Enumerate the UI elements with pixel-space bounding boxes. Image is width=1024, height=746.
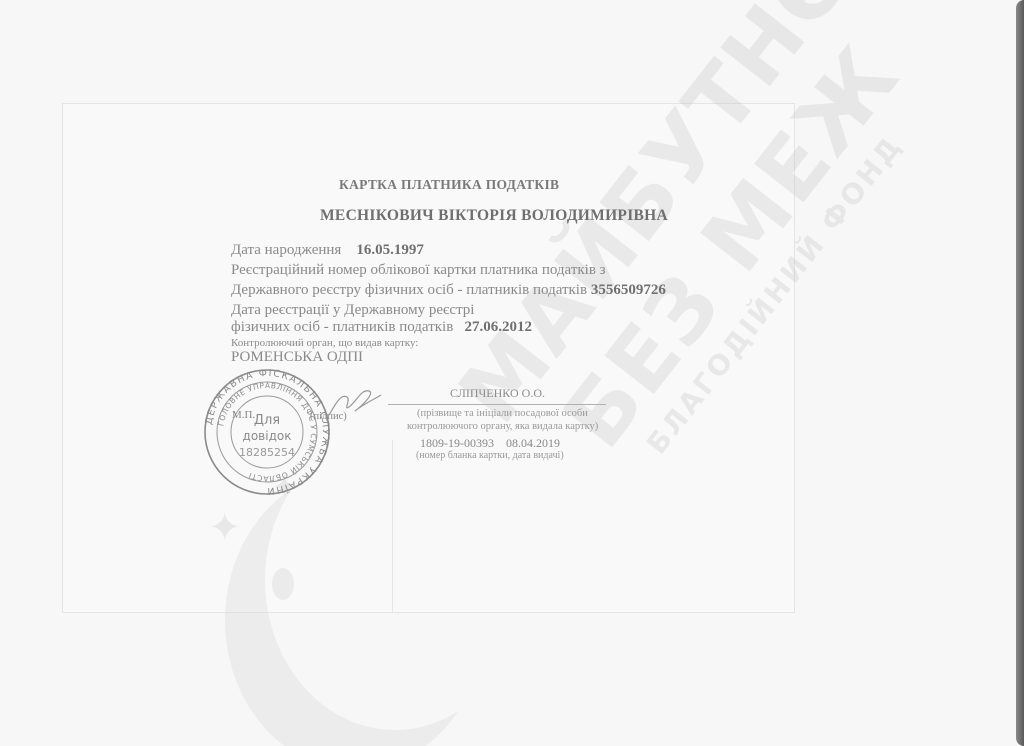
birth-date-row: Дата народження 16.05.1997 <box>231 242 424 259</box>
birth-date-label: Дата народження <box>231 242 341 258</box>
official-caption-1: (прізвище та ініціали посадової особи <box>417 408 588 419</box>
reg-number-label-2: Державного реєстру фізичних осіб - платн… <box>231 282 587 298</box>
fold-line <box>392 440 393 612</box>
reg-date-label-2: фізичних осіб - платників податків <box>231 319 453 335</box>
document-title: КАРТКА ПЛАТНИКА ПОДАТКІВ <box>339 177 559 193</box>
authority-value: РОМЕНСЬКА ОДПІ <box>231 349 363 366</box>
reg-number-row: Державного реєстру фізичних осіб - платн… <box>231 282 666 299</box>
stamp-center-line-1: Для <box>254 413 280 428</box>
issue-date: 08.04.2019 <box>506 436 560 450</box>
reg-date-value: 27.06.2012 <box>465 319 533 335</box>
authority-label: Контролюючий орган, що видав картку: <box>231 337 418 349</box>
reg-number-value: 3556509726 <box>591 282 666 298</box>
blank-number: 1809-19-00393 <box>420 436 494 450</box>
official-stamp: ДЕРЖАВНА ФІСКАЛЬНА СЛУЖБА УКРАЇНИ ГОЛОВН… <box>203 368 331 496</box>
reg-number-label-1: Реєстраційний номер облікової картки пла… <box>231 262 606 279</box>
reg-date-row: фізичних осіб - платників податків 27.06… <box>231 319 532 336</box>
blank-caption: (номер бланка картки, дата видачі) <box>416 450 564 461</box>
taxpayer-name: МЕСНІКОВИЧ ВІКТОРІЯ ВОЛОДИМИРІВНА <box>320 207 668 225</box>
signature-line <box>388 404 606 405</box>
stamp-center-line-2: довідок <box>243 429 292 443</box>
official-name: СЛІПЧЕНКО О.О. <box>450 386 545 401</box>
reg-date-label-1: Дата реєстрації у Державному реєстрі <box>231 302 474 319</box>
signature-icon <box>325 385 385 420</box>
blank-row: 1809-19-00393 08.04.2019 <box>420 436 560 451</box>
stamp-center-code: 18285254 <box>239 446 295 459</box>
mp-label: М.П. <box>232 409 255 421</box>
birth-date-value: 16.05.1997 <box>356 242 424 258</box>
scan-edge <box>1016 0 1024 746</box>
official-caption-2: контролюючого органу, яка видала картку) <box>407 421 598 432</box>
